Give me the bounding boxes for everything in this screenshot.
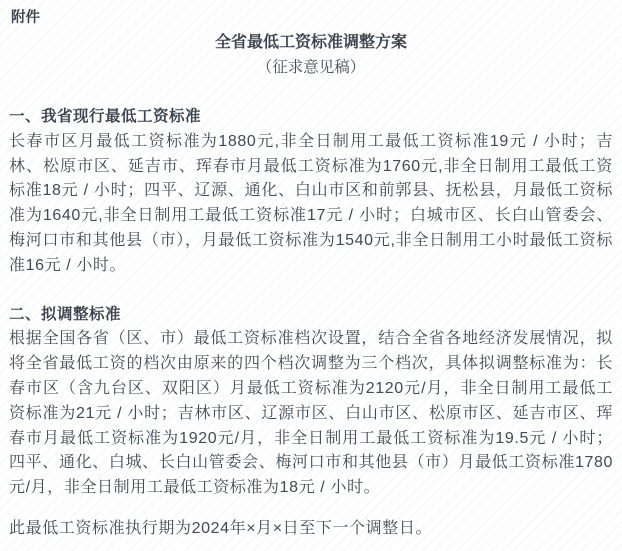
section-current-standards: 一、我省现行最低工资标准 长春市区月最低工资标准为1880元,非全日制用工最低工… <box>9 105 613 279</box>
document-title: 全省最低工资标准调整方案 <box>9 34 613 51</box>
attachment-label: 附件 <box>9 11 613 26</box>
document-page: 附件 全省最低工资标准调整方案 （征求意见稿） 一、我省现行最低工资标准 长春市… <box>0 0 622 551</box>
document-subtitle: （征求意见稿） <box>9 58 613 77</box>
section-proposed-standards: 二、拟调整标准 根据全国各省（区、市）最低工资标准档次设置，结合全省各地经济发展… <box>9 303 613 501</box>
section-proposed-standards-heading: 二、拟调整标准 <box>9 303 613 328</box>
section-current-standards-heading: 一、我省现行最低工资标准 <box>9 105 613 130</box>
section-proposed-standards-body: 根据全国各省（区、市）最低工资标准档次设置，结合全省各地经济发展情况，拟将全省最… <box>9 327 613 501</box>
section-current-standards-body: 长春市区月最低工资标准为1880元,非全日制用工最低工资标准19元 / 小时；吉… <box>9 130 613 279</box>
effective-date-note: 此最低工资标准执行期为2024年×月×日至下一个调整日。 <box>9 517 613 542</box>
